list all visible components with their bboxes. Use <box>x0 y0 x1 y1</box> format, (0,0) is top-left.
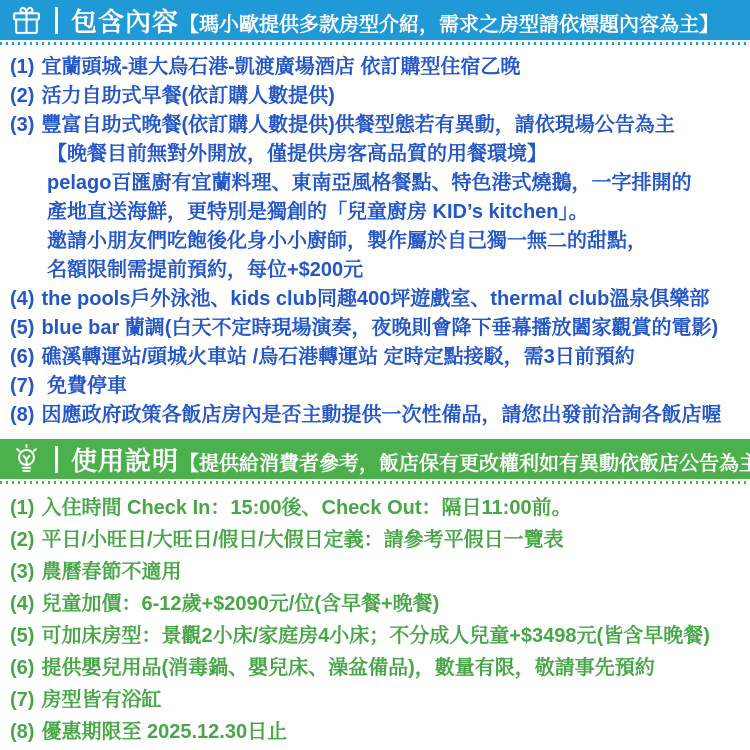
list-item-continuation: 邀請小朋友們吃飽後化身小小廚師，製作屬於自己獨一無二的甜點， <box>10 227 748 256</box>
list-item: (3)農曆春節不適用 <box>10 556 748 588</box>
list-item: (3)豐富自助式晚餐(依訂購人數提供)供餐型態若有異動，請依現場公告為主 <box>10 111 748 140</box>
list-item: (6)提供嬰兒用品(消毒鍋、嬰兒床、澡盆備品)，數量有限，敬請事先預約 <box>10 652 748 684</box>
list-item: (7) 免費停車 <box>10 372 748 401</box>
list-item: (5)blue bar 蘭調(白天不定時現場演奏，夜晚則會降下垂幕播放闔家觀賞的… <box>10 314 748 343</box>
list-item-continuation: 【晚餐目前無對外開放，僅提供房客高品質的用餐環境】 <box>10 140 748 169</box>
list-item: (4)the pools戶外泳池、kids club同趣400坪遊戲室、ther… <box>10 285 748 314</box>
usage-section-header: 使用說明【提供給消費者參考，飯店保有更改權利如有異動依飯店公告為主】 <box>0 439 750 479</box>
list-item-continuation: pelago百匯廚有宜蘭料理、東南亞風格餐點、特色港式燒鵝，一字排開的 <box>10 169 748 198</box>
gift-icon <box>10 4 43 37</box>
list-item: (8)因應政府政策各飯店房內是否主動提供一次性備品，請您出發前洽詢各飯店喔 <box>10 401 748 430</box>
hotel-package-infographic: 包含內容【瑪小歐提供多款房型介紹，需求之房型請依標題內容為主】 (1)宜蘭頭城-… <box>0 0 750 750</box>
usage-list: (1)入住時間 Check In：15:00後、Check Out：隔日11:0… <box>0 484 750 750</box>
include-list: (1)宜蘭頭城-連大烏石港-凱渡廣場酒店 依訂購型住宿乙晚 (2)活力自助式早餐… <box>0 45 750 432</box>
include-section-subtitle: 【瑪小歐提供多款房型介紹，需求之房型請依標題內容為主】 <box>179 14 719 36</box>
list-item: (1)入住時間 Check In：15:00後、Check Out：隔日11:0… <box>10 492 748 524</box>
list-item: (8)優惠期限至 2025.12.30日止 <box>10 716 748 748</box>
include-section-titlebar: 包含內容【瑪小歐提供多款房型介紹，需求之房型請依標題內容為主】 <box>71 2 719 39</box>
list-item: (1)宜蘭頭城-連大烏石港-凱渡廣場酒店 依訂購型住宿乙晚 <box>10 53 748 82</box>
header-divider <box>55 446 58 473</box>
usage-section-titlebar: 使用說明【提供給消費者參考，飯店保有更改權利如有異動依飯店公告為主】 <box>71 441 750 478</box>
include-section-header: 包含內容【瑪小歐提供多款房型介紹，需求之房型請依標題內容為主】 <box>0 0 750 40</box>
usage-section-title: 使用說明 <box>71 446 179 476</box>
list-item: (4)兒童加價：6-12歲+$2090元/位(含早餐+晚餐) <box>10 588 748 620</box>
list-item-continuation: 產地直送海鮮，更特別是獨創的「兒童廚房 KID’s kitchen」。 <box>10 198 748 227</box>
lightbulb-icon <box>10 443 43 476</box>
include-section-title: 包含內容 <box>71 7 179 37</box>
list-item-continuation: 名額限制需提前預約，每位+$200元 <box>10 256 748 285</box>
list-item: (6)礁溪轉運站/頭城火車站 /烏石港轉運站 定時定點接駁，需3日前預約 <box>10 343 748 372</box>
list-item: (7)房型皆有浴缸 <box>10 684 748 716</box>
list-item: (2)活力自助式早餐(依訂購人數提供) <box>10 82 748 111</box>
list-item: (2)平日/小旺日/大旺日/假日/大假日定義：請參考平假日一覽表 <box>10 524 748 556</box>
header-divider <box>55 7 58 34</box>
usage-section-subtitle: 【提供給消費者參考，飯店保有更改權利如有異動依飯店公告為主】 <box>179 453 750 475</box>
list-item: (5)可加床房型：景觀2小床/家庭房4小床；不分成人兒童+$3498元(皆含早晚… <box>10 620 748 652</box>
